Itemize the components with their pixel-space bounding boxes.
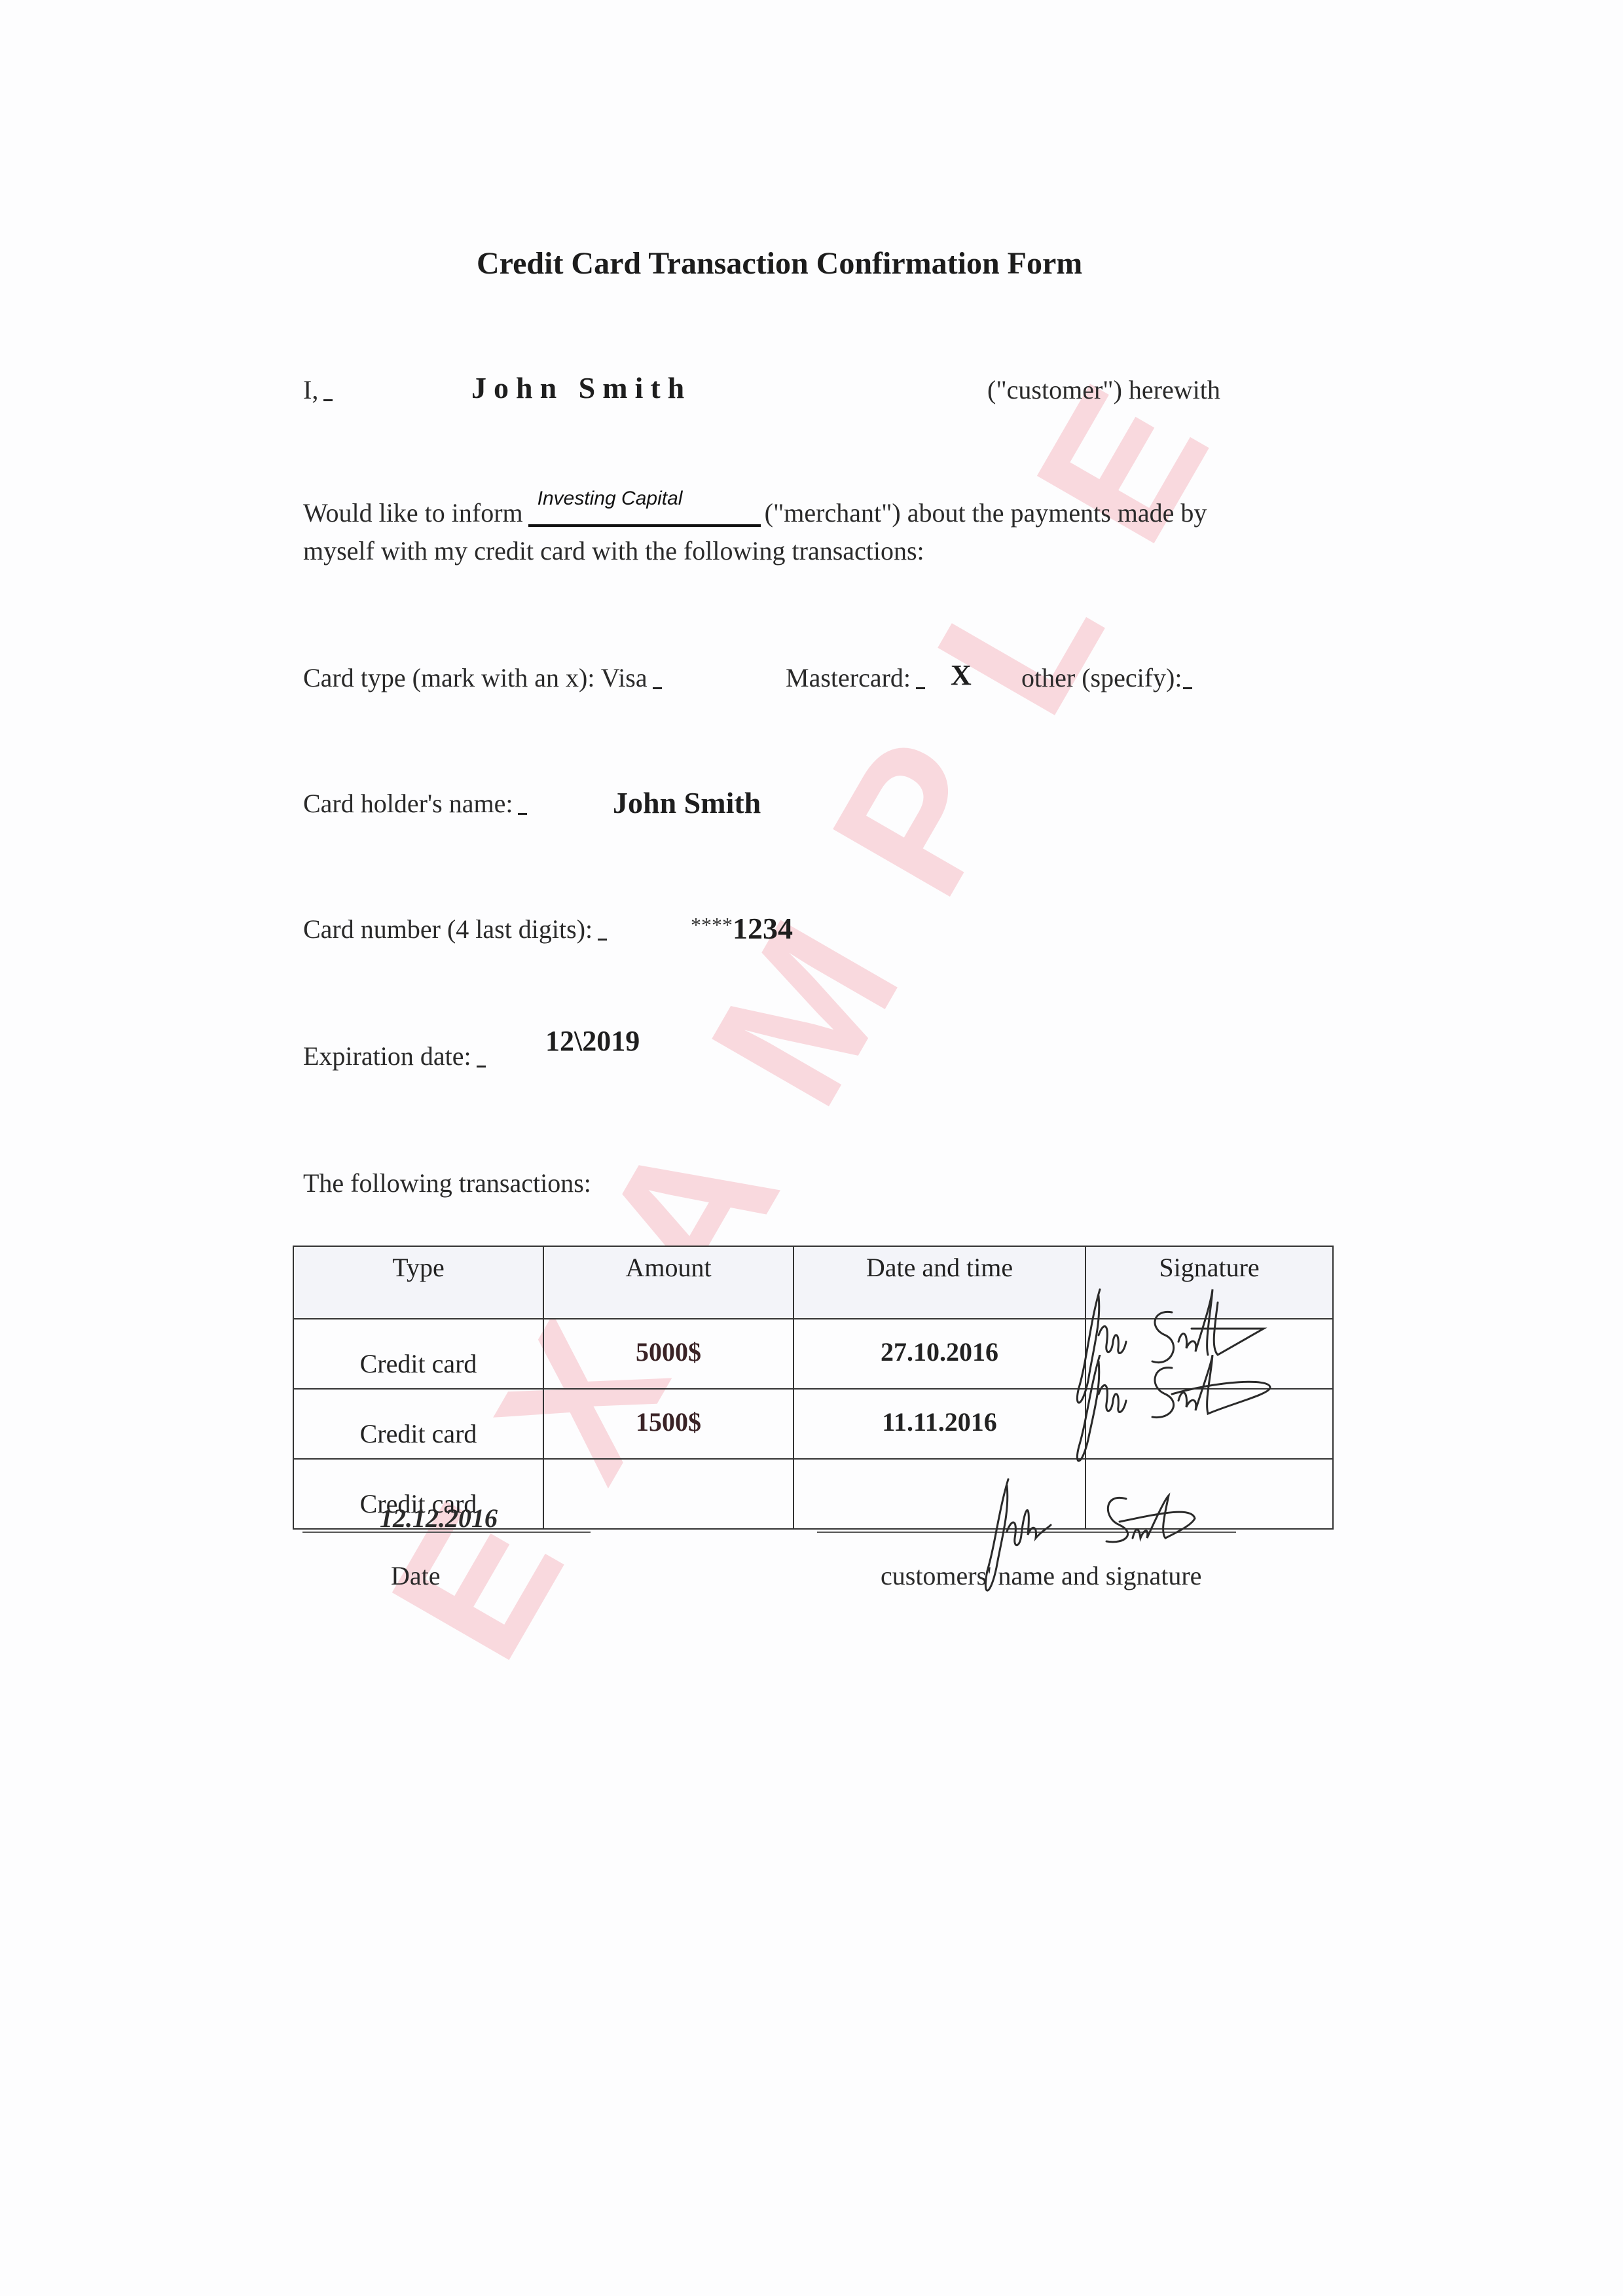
card-type-row: Card type (mark with an x): Visa xyxy=(303,662,662,693)
card-number-mask: **** xyxy=(691,913,733,937)
intro-prefix-text: I, xyxy=(303,375,318,404)
inform-line: Would like to informInvesting Capital("m… xyxy=(303,497,1207,528)
card-number-digits: 1234 xyxy=(733,912,793,945)
type-value: Credit card xyxy=(294,1348,543,1379)
type-value: Credit card xyxy=(294,1418,543,1449)
other-row: other (specify): xyxy=(1021,662,1192,693)
amount-value: 5000$ xyxy=(544,1336,793,1367)
customer-name-field[interactable]: John Smith xyxy=(471,370,691,405)
cell-type: Credit card xyxy=(293,1389,543,1459)
inform-prefix: Would like to inform xyxy=(303,498,523,528)
blank-marker xyxy=(477,1066,486,1067)
header-type: Type xyxy=(293,1246,543,1319)
other-label: other (specify): xyxy=(1021,663,1182,692)
inform-suffix: ("merchant") about the payments made by xyxy=(765,498,1207,528)
mastercard-row: Mastercard: xyxy=(786,662,925,693)
blank-marker xyxy=(916,687,925,689)
footer-date-field[interactable]: 12.12.2016 xyxy=(380,1503,498,1534)
holder-row: Card holder's name: xyxy=(303,788,527,819)
holder-name-field[interactable]: John Smith xyxy=(613,785,761,820)
form-title: Credit Card Transaction Confirmation For… xyxy=(477,245,1082,281)
cell-amount[interactable]: 1500$ xyxy=(543,1389,793,1459)
cell-date[interactable]: 27.10.2016 xyxy=(793,1319,1085,1389)
transactions-label: The following transactions: xyxy=(303,1168,591,1198)
merchant-name: Investing Capital xyxy=(538,488,683,510)
mastercard-label: Mastercard: xyxy=(786,663,911,692)
intro-suffix: ("customer") herewith xyxy=(987,374,1220,405)
signature-row-2 xyxy=(1074,1355,1336,1473)
cell-date[interactable]: 11.11.2016 xyxy=(793,1389,1085,1459)
inform-line-2: myself with my credit card with the foll… xyxy=(303,535,924,566)
visa-checkbox[interactable] xyxy=(653,687,662,689)
expiration-field[interactable]: 12\2019 xyxy=(545,1024,640,1058)
other-field[interactable] xyxy=(1183,687,1192,689)
date-value: 27.10.2016 xyxy=(794,1336,1085,1367)
date-value: 11.11.2016 xyxy=(794,1407,1085,1437)
card-number-field[interactable]: ****1234 xyxy=(691,911,793,946)
header-date: Date and time xyxy=(793,1246,1085,1319)
holder-label: Card holder's name: xyxy=(303,789,513,818)
card-type-label: Card type (mark with an x): Visa xyxy=(303,663,647,692)
card-number-row: Card number (4 last digits): xyxy=(303,914,607,944)
expiration-label: Expiration date: xyxy=(303,1041,471,1071)
card-number-label: Card number (4 last digits): xyxy=(303,914,593,944)
cell-amount[interactable]: 5000$ xyxy=(543,1319,793,1389)
expiration-row: Expiration date: xyxy=(303,1041,486,1071)
mastercard-checkbox[interactable]: X xyxy=(951,658,972,692)
date-line xyxy=(302,1532,591,1533)
amount-value: 1500$ xyxy=(544,1407,793,1437)
blank-marker xyxy=(518,813,527,815)
merchant-field[interactable]: Investing Capital xyxy=(528,498,761,527)
cell-type: Credit card xyxy=(293,1319,543,1389)
blank-marker xyxy=(598,939,607,941)
intro-prefix: I, xyxy=(303,374,333,405)
cell-amount[interactable] xyxy=(543,1459,793,1529)
customer-signature xyxy=(969,1473,1231,1604)
header-amount: Amount xyxy=(543,1246,793,1319)
blank-marker xyxy=(323,399,333,401)
footer-date-label: Date xyxy=(391,1560,441,1591)
